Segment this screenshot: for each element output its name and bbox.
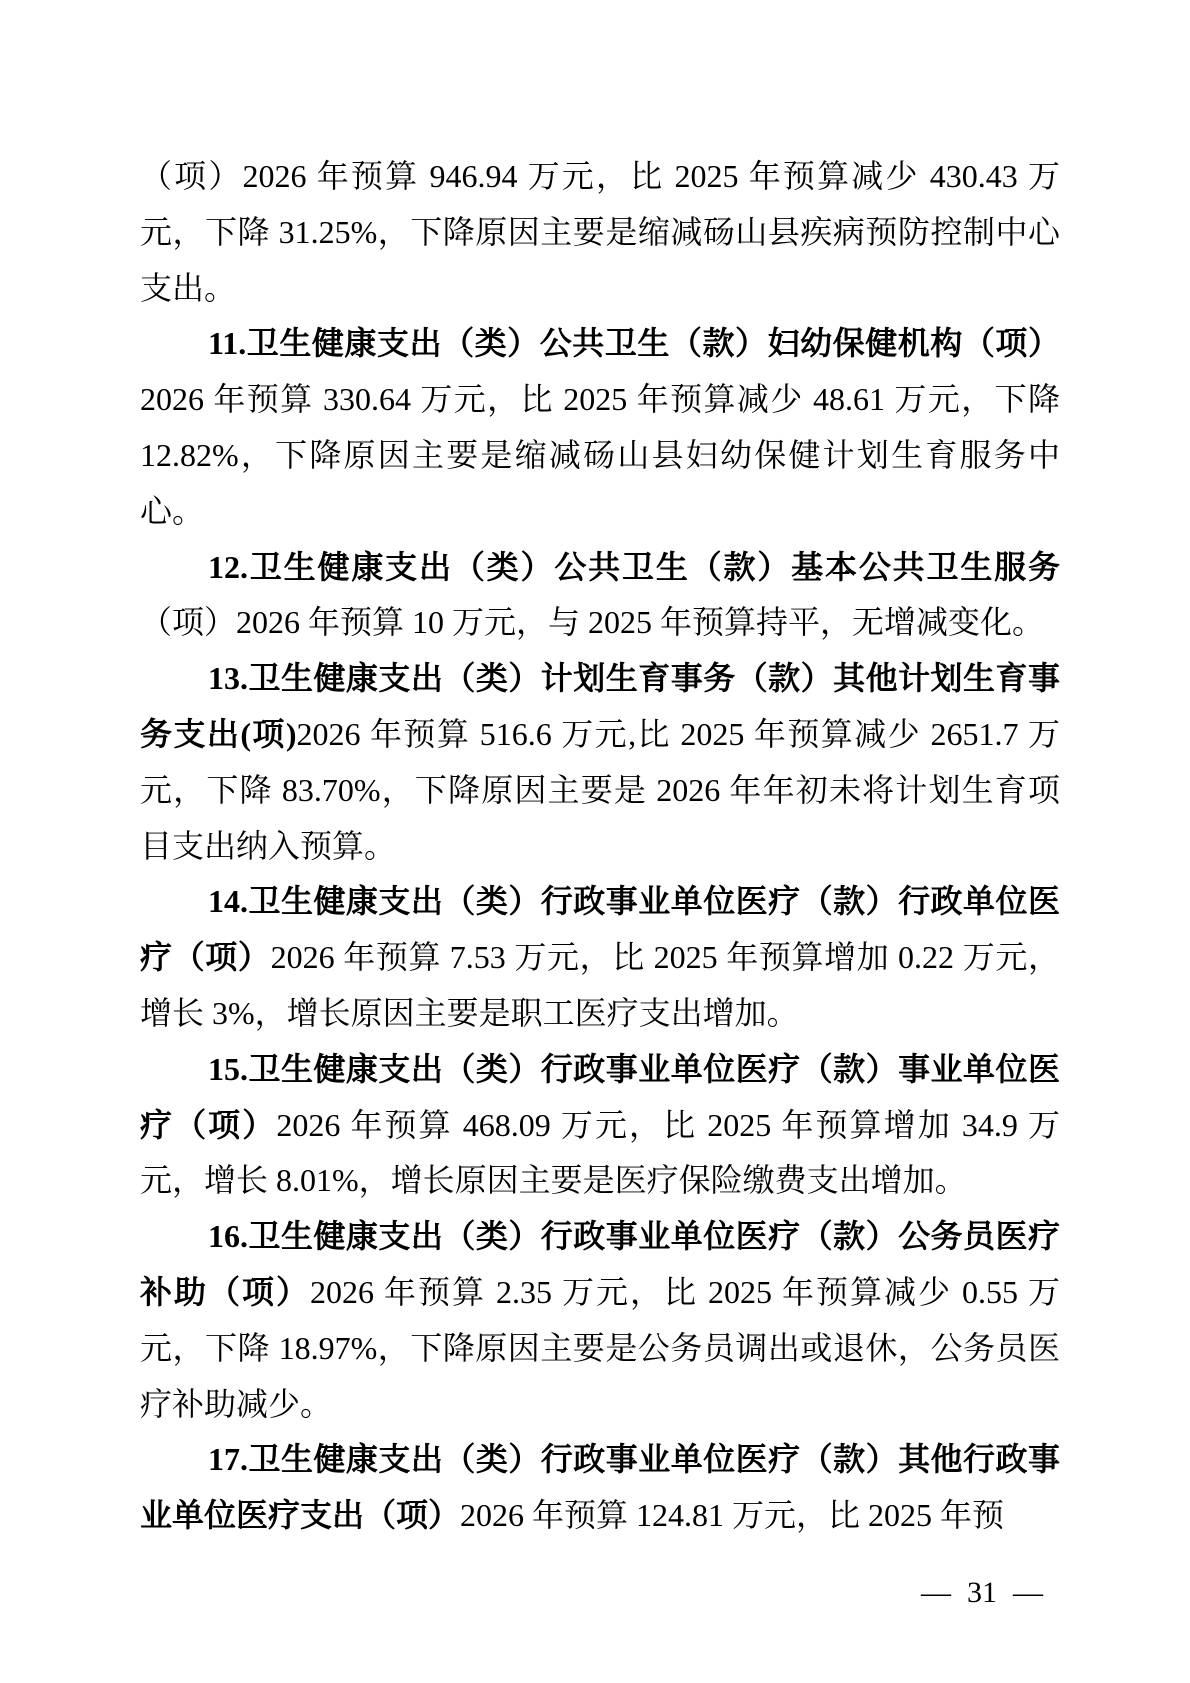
- footer-dash-right: —: [1013, 1576, 1043, 1609]
- item-12-text: （项）2026 年预算 10 万元，与 2025 年预算持平，无增减变化。: [140, 604, 1044, 640]
- budget-item-11: 11.卫生健康支出（类）公共卫生（款）妇幼保健机构（项）2026 年预算 330…: [140, 316, 1060, 539]
- item-11-heading: 11.卫生健康支出（类）公共卫生（款）妇幼保健机构（项）: [208, 325, 1060, 361]
- item-14-text: 2026 年预算 7.53 万元，比 2025 年预算增加 0.22 万元，增长…: [140, 939, 1060, 1031]
- document-page: （项）2026 年预算 946.94 万元，比 2025 年预算减少 430.4…: [0, 0, 1190, 1683]
- budget-item-14: 14.卫生健康支出（类）行政事业单位医疗（款）行政单位医疗（项）2026 年预算…: [140, 874, 1060, 1041]
- item-17-text: 2026 年预算 124.81 万元，比 2025 年预: [460, 1497, 1004, 1533]
- budget-item-17: 17.卫生健康支出（类）行政事业单位医疗（款）其他行政事业单位医疗支出（项）20…: [140, 1432, 1060, 1544]
- budget-item-13: 13.卫生健康支出（类）计划生育事务（款）其他计划生育事务支出(项)2026 年…: [140, 651, 1060, 874]
- item-15-text: 2026 年预算 468.09 万元，比 2025 年预算增加 34.9 万元，…: [140, 1107, 1060, 1199]
- budget-item-16: 16.卫生健康支出（类）行政事业单位医疗（款）公务员医疗补助（项）2026 年预…: [140, 1209, 1060, 1432]
- paragraph-text: （项）2026 年预算 946.94 万元，比 2025 年预算减少 430.4…: [140, 158, 1060, 306]
- page-footer: —31—: [921, 1577, 1043, 1609]
- budget-item-12: 12.卫生健康支出（类）公共卫生（款）基本公共卫生服务（项）2026 年预算 1…: [140, 540, 1060, 652]
- paragraph-continuation: （项）2026 年预算 946.94 万元，比 2025 年预算减少 430.4…: [140, 149, 1060, 316]
- document-body: （项）2026 年预算 946.94 万元，比 2025 年预算减少 430.4…: [140, 149, 1060, 1544]
- budget-item-15: 15.卫生健康支出（类）行政事业单位医疗（款）事业单位医疗（项）2026 年预算…: [140, 1042, 1060, 1209]
- footer-dash-left: —: [921, 1576, 951, 1609]
- item-11-text: 2026 年预算 330.64 万元，比 2025 年预算减少 48.61 万元…: [140, 381, 1060, 529]
- page-number: 31: [967, 1576, 997, 1609]
- item-12-heading: 12.卫生健康支出（类）公共卫生（款）基本公共卫生服务: [208, 549, 1060, 585]
